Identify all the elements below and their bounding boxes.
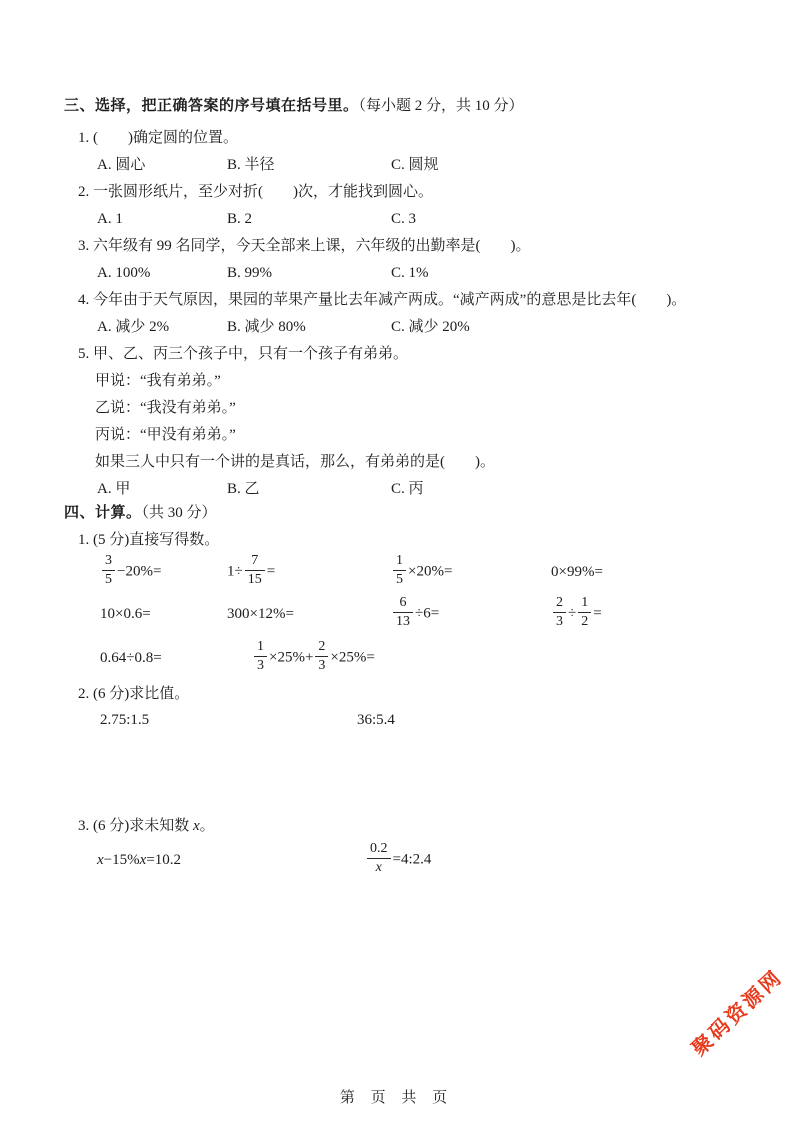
q5-statement-2: 乙说：“我没有弟弟。” [95,398,236,418]
q5-option-b: B. 乙 [227,479,391,499]
question-5-text: 5. 甲、乙、丙三个孩子中，只有一个孩子有弟弟。 [78,344,408,364]
calc-item: 1÷715= [227,555,391,589]
question-1-text: 1. ( )确定圆的位置。 [78,128,238,148]
calc-item: 300×12%= [227,606,391,623]
q2-option-c: C. 3 [391,209,717,229]
section-3-points: （每小题 2 分，共 10 分） [359,98,524,114]
section-3-heading: 三、选择，把正确答案的序号填在括号里。（每小题 2 分，共 10 分） [64,96,524,116]
calc-row-3: 0.64÷0.8= 13×25%+23×25%= [100,636,780,680]
q4-option-c: C. 减少 20% [391,317,717,337]
calc-row-1: 35−20%= 1÷715= 15×20%= 0×99%= [100,550,780,594]
q5-option-a: A. 甲 [97,479,227,499]
calc-row-2: 10×0.6= 300×12%= 613÷6= 23÷12= [100,592,780,636]
q5-option-c: C. 丙 [391,479,717,499]
ratio-row: 2.75:1.5 36:5.4 [100,708,780,732]
q5-statement-1: 甲说：“我有弟弟。” [95,371,221,391]
exam-page: 三、选择，把正确答案的序号填在括号里。（每小题 2 分，共 10 分） 1. (… [0,0,793,1122]
section-4-heading: 四、计算。（共 30 分） [64,503,217,523]
watermark-stamp: 聚码资源网 [684,961,788,1061]
calc-part1-label: 1. (5 分)直接写得数。 [78,530,219,550]
calc-item: 23÷12= [551,597,780,631]
calc-item: 13×25%+23×25%= [252,641,780,675]
equation-item: x−15%x=10.2 [97,852,365,869]
unknown-row: x−15%x=10.2 0.2x=4:2.4 [97,838,777,882]
equation-item: 0.2x=4:2.4 [365,843,777,877]
q2-option-a: A. 1 [97,209,227,229]
section-3-title: 三、选择，把正确答案的序号填在括号里。 [64,97,359,114]
calc-item: 35−20%= [100,555,227,589]
calc-item: 15×20%= [391,555,551,589]
calc-part3-label: 3. (6 分)求未知数 x。 [78,816,215,836]
ratio-item: 2.75:1.5 [100,712,357,729]
question-4-options: A. 减少 2% B. 减少 80% C. 减少 20% [97,317,717,337]
calc-item: 10×0.6= [100,606,227,623]
question-3-options: A. 100% B. 99% C. 1% [97,263,717,283]
calc-part2-label: 2. (6 分)求比值。 [78,684,189,704]
question-5-options: A. 甲 B. 乙 C. 丙 [97,479,717,499]
ratio-item: 36:5.4 [357,712,780,729]
q1-option-a: A. 圆心 [97,155,227,175]
question-2-options: A. 1 B. 2 C. 3 [97,209,717,229]
section-4-title: 四、计算。 [64,504,142,521]
page-footer: 第 页 共 页 [0,1086,793,1107]
q1-option-c: C. 圆规 [391,155,717,175]
q4-option-b: B. 减少 80% [227,317,391,337]
section-4-points: （共 30 分） [142,505,217,521]
calc-item: 613÷6= [391,597,551,631]
question-1-options: A. 圆心 B. 半径 C. 圆规 [97,155,717,175]
calc-item: 0×99%= [551,564,780,581]
q5-statement-3: 丙说：“甲没有弟弟。” [95,425,236,445]
q3-option-c: C. 1% [391,263,717,283]
q5-statement-4: 如果三人中只有一个讲的是真话，那么，有弟弟的是( )。 [95,452,495,472]
question-4-text: 4. 今年由于天气原因，果园的苹果产量比去年减产两成。“减产两成”的意思是比去年… [78,290,686,310]
q2-option-b: B. 2 [227,209,391,229]
question-3-text: 3. 六年级有 99 名同学，今天全部来上课，六年级的出勤率是( )。 [78,236,531,256]
calc-item: 0.64÷0.8= [100,650,252,667]
question-2-text: 2. 一张圆形纸片，至少对折( )次，才能找到圆心。 [78,182,433,202]
q3-option-a: A. 100% [97,263,227,283]
q1-option-b: B. 半径 [227,155,391,175]
q4-option-a: A. 减少 2% [97,317,227,337]
q3-option-b: B. 99% [227,263,391,283]
